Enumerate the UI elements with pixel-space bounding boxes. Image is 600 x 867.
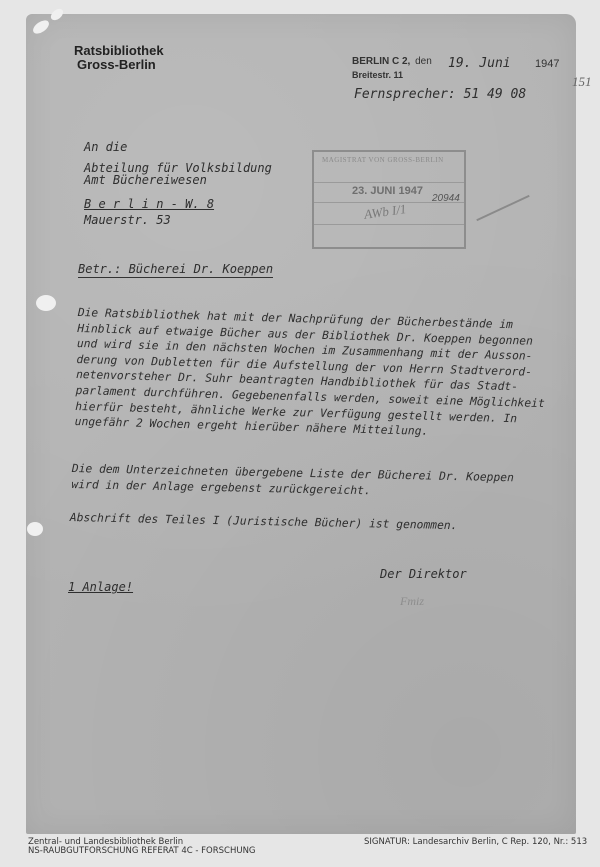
place-den: den (415, 56, 432, 67)
recipient-salutation: An die (84, 141, 127, 154)
letter-year: 1947 (535, 58, 559, 70)
stamp-initials: AWb I/1 (363, 201, 407, 223)
letterhead-organization: Ratsbibliothek Gross-Berlin (74, 44, 164, 72)
stamp-divider (314, 224, 464, 225)
recipient-street: Mauerstr. 53 (84, 214, 171, 227)
stamp-number: 20944 (432, 193, 460, 204)
stamp-header: MAGISTRAT VON GROSS-BERLIN (322, 156, 444, 164)
place-name: BERLIN C 2, (352, 56, 410, 67)
letter-date: 19. Juni (448, 56, 511, 71)
letterhead-phone: Fernsprecher: 51 49 08 (354, 87, 526, 102)
footer-department: NS-RAUBGUTFORSCHUNG REFERAT 4C - FORSCHU… (28, 847, 256, 856)
body-paragraph-1: Die Ratsbibliothek hat mit der Nachprüfu… (75, 305, 558, 443)
subject-line: Betr.: Bücherei Dr. Koeppen (78, 262, 273, 278)
org-name: Ratsbibliothek (74, 44, 164, 58)
enclosure-note: 1 Anlage! (68, 580, 133, 594)
punch-hole-lower (27, 522, 43, 536)
letterhead-place: BERLIN C 2, den (352, 56, 432, 67)
org-city: Gross-Berlin (74, 58, 164, 72)
recipient-office: Amt Büchereiwesen (84, 174, 207, 187)
footer-left: Zentral- und Landesbibliothek Berlin NS-… (28, 838, 256, 856)
punch-hole-upper (36, 295, 56, 311)
letterhead-street: Breitestr. 11 (352, 70, 403, 80)
stamp-divider (314, 182, 464, 183)
director-signature: Fmiz (400, 594, 424, 609)
footer-signature-ref: SIGNATUR: Landesarchiv Berlin, C Rep. 12… (364, 838, 587, 847)
folio-number: 151 (572, 74, 592, 90)
closing-title: Der Direktor (380, 567, 467, 581)
recipient-city: B e r l i n - W. 8 (84, 198, 214, 211)
stamp-date: 23. JUNI 1947 (352, 185, 423, 197)
